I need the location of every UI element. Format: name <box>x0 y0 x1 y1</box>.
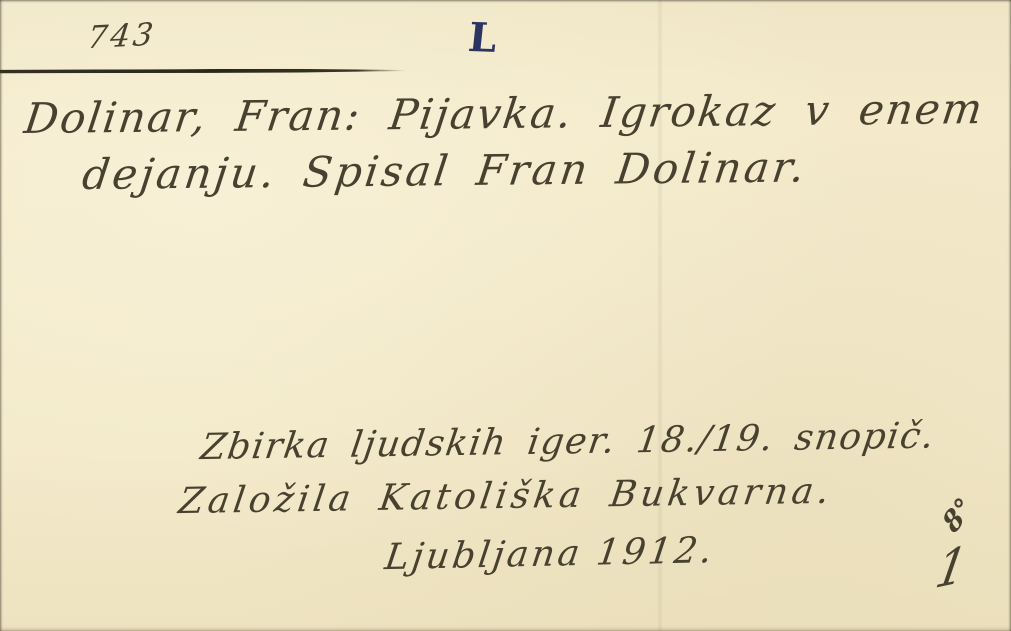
section-letter: L <box>466 14 499 62</box>
place-year-line: Ljubljana 1912. <box>382 530 717 578</box>
entry-title-line-2: dejanju. Spisal Fran Dolinar. <box>80 142 811 199</box>
copy-number-mark: 1 <box>931 535 971 601</box>
catalog-number: 743 <box>86 16 159 56</box>
format-mark: 8° <box>937 492 979 539</box>
catalog-card-scan: 743 L Dolinar, Fran: Pijavka. Igrokaz v … <box>0 0 1011 631</box>
heading-underline-rule <box>0 68 406 73</box>
entry-title-line-1: Dolinar, Fran: Pijavka. Igrokaz v enem <box>22 84 987 143</box>
publisher-note-line: Založila Katoliška Bukvarna. <box>176 471 836 522</box>
series-note-line: Zbirka ljudskih iger. 18./19. snopič. <box>198 415 938 468</box>
